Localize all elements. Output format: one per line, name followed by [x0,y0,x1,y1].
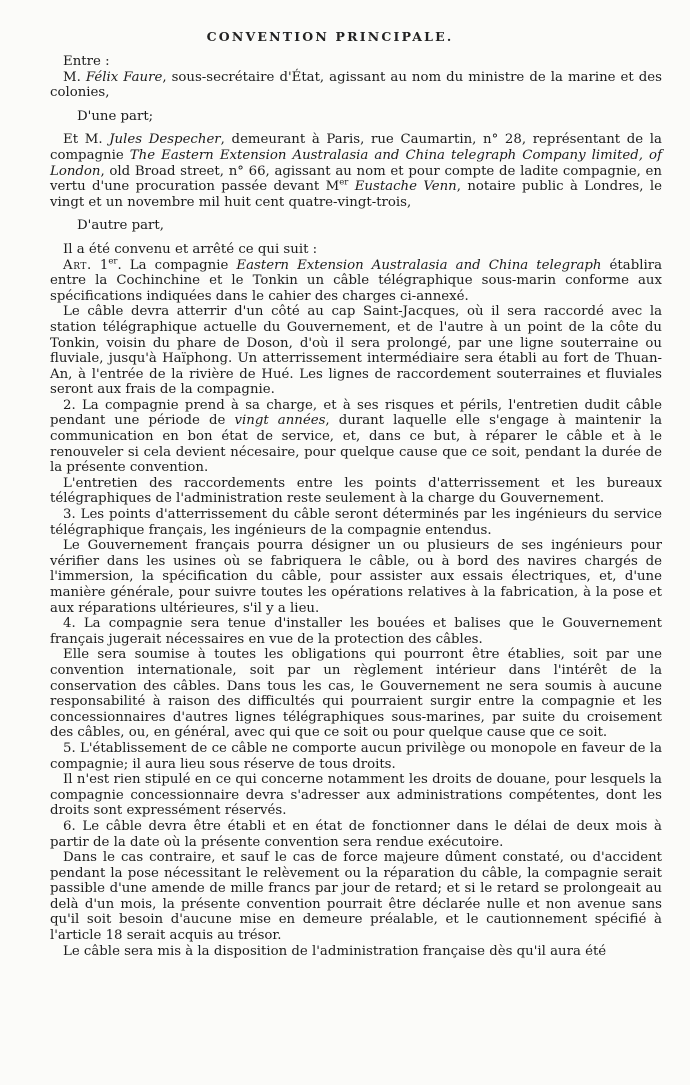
text-segment: 3. Les points d'atterrissement du câble … [50,507,662,538]
text-segment: D'une part; [77,109,153,124]
paragraph: L'entretien des raccordements entre les … [50,476,662,507]
text-segment: 5. L'établissement de ce câble ne compor… [50,741,662,772]
text-segment: Le câble sera mis à la disposition de l'… [63,944,606,959]
paragraph: 5. L'établissement de ce câble ne compor… [50,741,662,772]
text-segment: M. [63,70,86,85]
paragraph: D'une part; [50,109,662,125]
paragraph: M. Félix Faure, sous-secrétaire d'État, … [50,70,662,101]
text-segment: Entre : [63,54,110,69]
text-segment: er [108,256,117,266]
text-segment: D'autre part, [77,218,164,233]
text-segment: er [339,178,348,188]
text-segment: Dans le cas contraire, et sauf le cas de… [50,850,662,943]
paragraph: 4. La compagnie sera tenue d'installer l… [50,616,662,647]
text-segment: Le Gouvernement français pourra désigner… [50,538,662,615]
text-segment: 1 [92,258,109,273]
text-segment: Et M. [63,132,109,147]
text-segment: Félix Faure [86,70,162,85]
text-segment: 6. Le câble devra être établi et en état… [50,819,662,850]
text-segment: Elle sera soumise à toutes les obligatio… [50,647,662,740]
text-segment: Eastern Extension Australasia and China … [236,258,601,273]
document-body: Entre :M. Félix Faure, sous-secrétaire d… [50,54,662,959]
text-segment: . La compagnie [118,258,237,273]
paragraph: Entre : [50,54,662,70]
text-segment: Il n'est rien stipulé en ce qui concerne… [50,772,662,818]
paragraph: Art. 1er. La compagnie Eastern Extension… [50,258,662,305]
paragraph: 3. Les points d'atterrissement du câble … [50,507,662,538]
text-segment: L'entretien des raccordements entre les … [50,476,662,507]
paragraph: Il a été convenu et arrêté ce qui suit : [50,242,662,258]
text-segment: Eustache Venn [355,179,457,194]
text-segment: 4. La compagnie sera tenue d'installer l… [50,616,662,647]
text-segment: Art. [63,258,92,273]
paragraph: Elle sera soumise à toutes les obligatio… [50,647,662,741]
paragraph: Le câble sera mis à la disposition de l'… [50,944,662,960]
paragraph: Le câble devra atterrir d'un côté au cap… [50,304,662,398]
text-segment: Le câble devra atterrir d'un côté au cap… [50,304,662,397]
paragraph: Il n'est rien stipulé en ce qui concerne… [50,772,662,819]
text-segment: Jules Despecher [109,132,220,147]
text-segment: vingt années [235,413,326,428]
paragraph: Dans le cas contraire, et sauf le cas de… [50,850,662,944]
paragraph: 6. Le câble devra être établi et en état… [50,819,662,850]
paragraph: 2. La compagnie prend à sa charge, et à … [50,398,662,476]
paragraph: D'autre part, [50,218,662,234]
scanned-document-page: CONVENTION PRINCIPALE. Entre :M. Félix F… [0,0,690,1085]
text-segment: Il a été convenu et arrêté ce qui suit : [63,242,317,257]
document-title: CONVENTION PRINCIPALE. [0,29,660,44]
paragraph: Et M. Jules Despecher, demeurant à Paris… [50,132,662,210]
paragraph: Le Gouvernement français pourra désigner… [50,538,662,616]
